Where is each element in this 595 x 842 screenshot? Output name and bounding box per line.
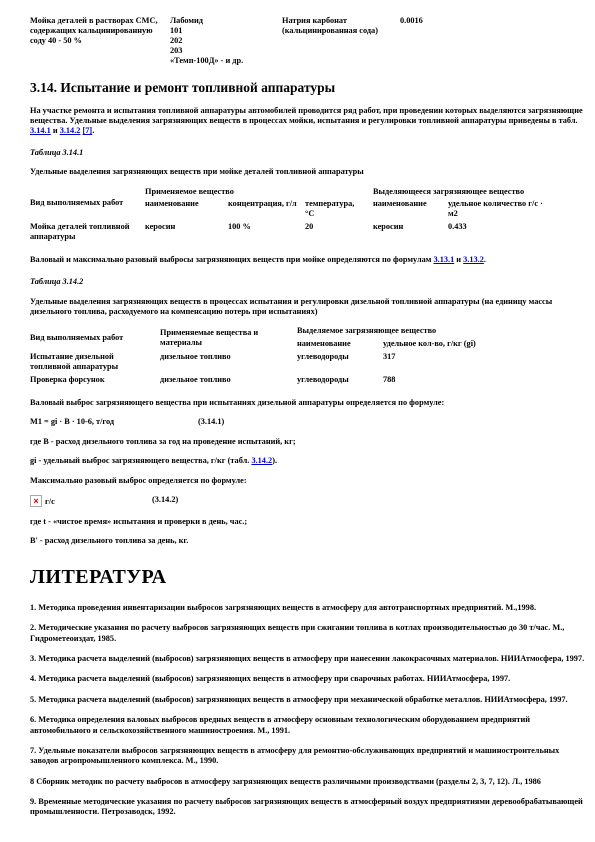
table-3-14-2-title: Таблица 3.14.2 — [30, 277, 585, 287]
table-header-cell: Выделяющееся загрязняющее вещество — [373, 187, 560, 200]
paragraph-text: . — [92, 126, 94, 135]
formula-1-intro: Валовый выброс загрязняющего вещества пр… — [30, 398, 585, 408]
table-header-cell: наименование — [145, 199, 228, 222]
link-table-3-14-1[interactable]: 3.14.1 — [30, 126, 51, 135]
literature-item: 2. Методические указания по расчету выбр… — [30, 623, 585, 644]
link-table-3-14-2[interactable]: 3.14.2 — [60, 126, 81, 135]
table-header-cell: наименование — [297, 339, 383, 352]
table-header-cell: удельное количество г/с · м2 — [448, 199, 560, 222]
where-gi-definition: gi - удельный выброс загрязняющего вещес… — [30, 456, 585, 466]
paragraph-text: и — [454, 255, 463, 264]
table-cell: 0.0016 — [400, 16, 585, 66]
formula-3-14-2: × г/с (3.14.2) — [30, 495, 585, 507]
table-header-cell: температура, °С — [305, 199, 373, 222]
formula-number: (3.14.2) — [152, 495, 178, 505]
broken-image-x-glyph: × — [31, 496, 41, 507]
table-cell: углеводороды — [297, 352, 383, 375]
formula-unit: г/с — [45, 497, 55, 507]
table-row: Испытание дизельной топливной аппаратуры… — [30, 352, 533, 375]
document-page: Мойка деталей в растворах СМС, содержащи… — [0, 0, 595, 818]
table-cell: 100 % — [228, 222, 305, 245]
paragraph-text: и — [51, 126, 60, 135]
formula-expression: × г/с — [30, 495, 152, 507]
link-formula-3-13-2[interactable]: 3.13.2 — [463, 255, 484, 264]
table-cell: дизельное топливо — [160, 375, 297, 388]
table-cell: дизельное топливо — [160, 352, 297, 375]
formula-2-intro: Максимально разовый выброс определяется … — [30, 476, 585, 486]
where-b-prime-definition: В' - расход дизельного топлива за день, … — [30, 536, 585, 546]
literature-item: 3. Методика расчета выделений (выбросов)… — [30, 654, 585, 664]
table-header-cell: Выделяемое загрязняющее вещество — [297, 326, 533, 339]
section-heading: 3.14. Испытание и ремонт топливной аппар… — [30, 80, 585, 96]
table-header-cell: Применяемые вещества и материалы — [160, 326, 297, 352]
link-table-3-14-2[interactable]: 3.14.2 — [251, 456, 272, 465]
table-3-14-2-caption: Удельные выделения загрязняющих веществ … — [30, 297, 585, 317]
table-cell: Мойка деталей в растворах СМС, содержащи… — [30, 16, 170, 66]
table-cell: углеводороды — [297, 375, 383, 388]
table-3-14-1: Вид выполняемых работ Применяемое вещест… — [30, 187, 560, 246]
table-header-cell: концентрация, г/л — [228, 199, 305, 222]
gross-emission-paragraph: Валовый и максимально разовый выбросы за… — [30, 255, 585, 265]
table-cell: керосин — [145, 222, 228, 245]
table-cell: 788 — [383, 375, 533, 388]
literature-item: 6. Методика определения валовых выбросов… — [30, 715, 585, 736]
table-header-cell: Вид выполняемых работ — [30, 187, 145, 223]
literature-heading: ЛИТЕРАТУРА — [30, 566, 585, 589]
formula-number: (3.14.1) — [198, 417, 224, 427]
table-row: Мойка деталей топливной аппаратуры керос… — [30, 222, 560, 245]
literature-item: 9. Временные методические указания по ра… — [30, 797, 585, 818]
link-reference-7[interactable]: [7] — [83, 126, 93, 135]
table-cell: Лабомид 101 202 203 «Темп-100Д» - и др. — [170, 16, 282, 66]
where-t-definition: где t - «чистое время» испытания и прове… — [30, 517, 585, 527]
table-3-14-1-caption: Удельные выделения загрязняющих веществ … — [30, 167, 585, 177]
table-header-cell: Применяемое вещество — [145, 187, 373, 200]
table-cell: 20 — [305, 222, 373, 245]
literature-item: 7. Удельные показатели выбросов загрязня… — [30, 746, 585, 767]
table-cell: 317 — [383, 352, 533, 375]
link-formula-3-13-1[interactable]: 3.13.1 — [433, 255, 454, 264]
table-cell: керосин — [373, 222, 448, 245]
table-cell: Испытание дизельной топливной аппаратуры — [30, 352, 160, 375]
table-row: Проверка форсунок дизельное топливо угле… — [30, 375, 533, 388]
paragraph-text: ). — [272, 456, 277, 465]
table-3-14-2: Вид выполняемых работ Применяемые вещест… — [30, 326, 533, 388]
table-cell: Мойка деталей топливной аппаратуры — [30, 222, 145, 245]
where-b-definition: где В - расход дизельного топлива за год… — [30, 437, 585, 447]
intro-paragraph: На участке ремонта и испытания топливной… — [30, 106, 585, 136]
table-header-cell: наименование — [373, 199, 448, 222]
literature-item: 1. Методика проведения инвентаризации вы… — [30, 603, 585, 613]
table-cell: Проверка форсунок — [30, 375, 160, 388]
table-cell: 0.433 — [448, 222, 560, 245]
paragraph-text: На участке ремонта и испытания топливной… — [30, 106, 583, 125]
paragraph-text: Валовый и максимально разовый выбросы за… — [30, 255, 433, 264]
literature-item: 8 Сборник методик по расчету выбросов в … — [30, 777, 585, 787]
table-cell: Натрия карбонат (кальцинированная сода) — [282, 16, 400, 66]
paragraph-text: gi - удельный выброс загрязняющего вещес… — [30, 456, 251, 465]
literature-item: 4. Методика расчета выделений (выбросов)… — [30, 674, 585, 684]
formula-3-14-1: М1 = gi · В · 10-6, т/год (3.14.1) — [30, 417, 585, 427]
literature-item: 5. Методика расчета выделений (выбросов)… — [30, 695, 585, 705]
washing-agents-table-fragment: Мойка деталей в растворах СМС, содержащи… — [30, 16, 585, 66]
paragraph-text: . — [484, 255, 486, 264]
table-3-14-1-title: Таблица 3.14.1 — [30, 148, 585, 158]
formula-expression: М1 = gi · В · 10-6, т/год — [30, 417, 198, 427]
table-header-cell: удельное кол-во, г/кг (gi) — [383, 339, 533, 352]
table-header-cell: Вид выполняемых работ — [30, 326, 160, 352]
broken-image-icon: × — [30, 495, 42, 507]
